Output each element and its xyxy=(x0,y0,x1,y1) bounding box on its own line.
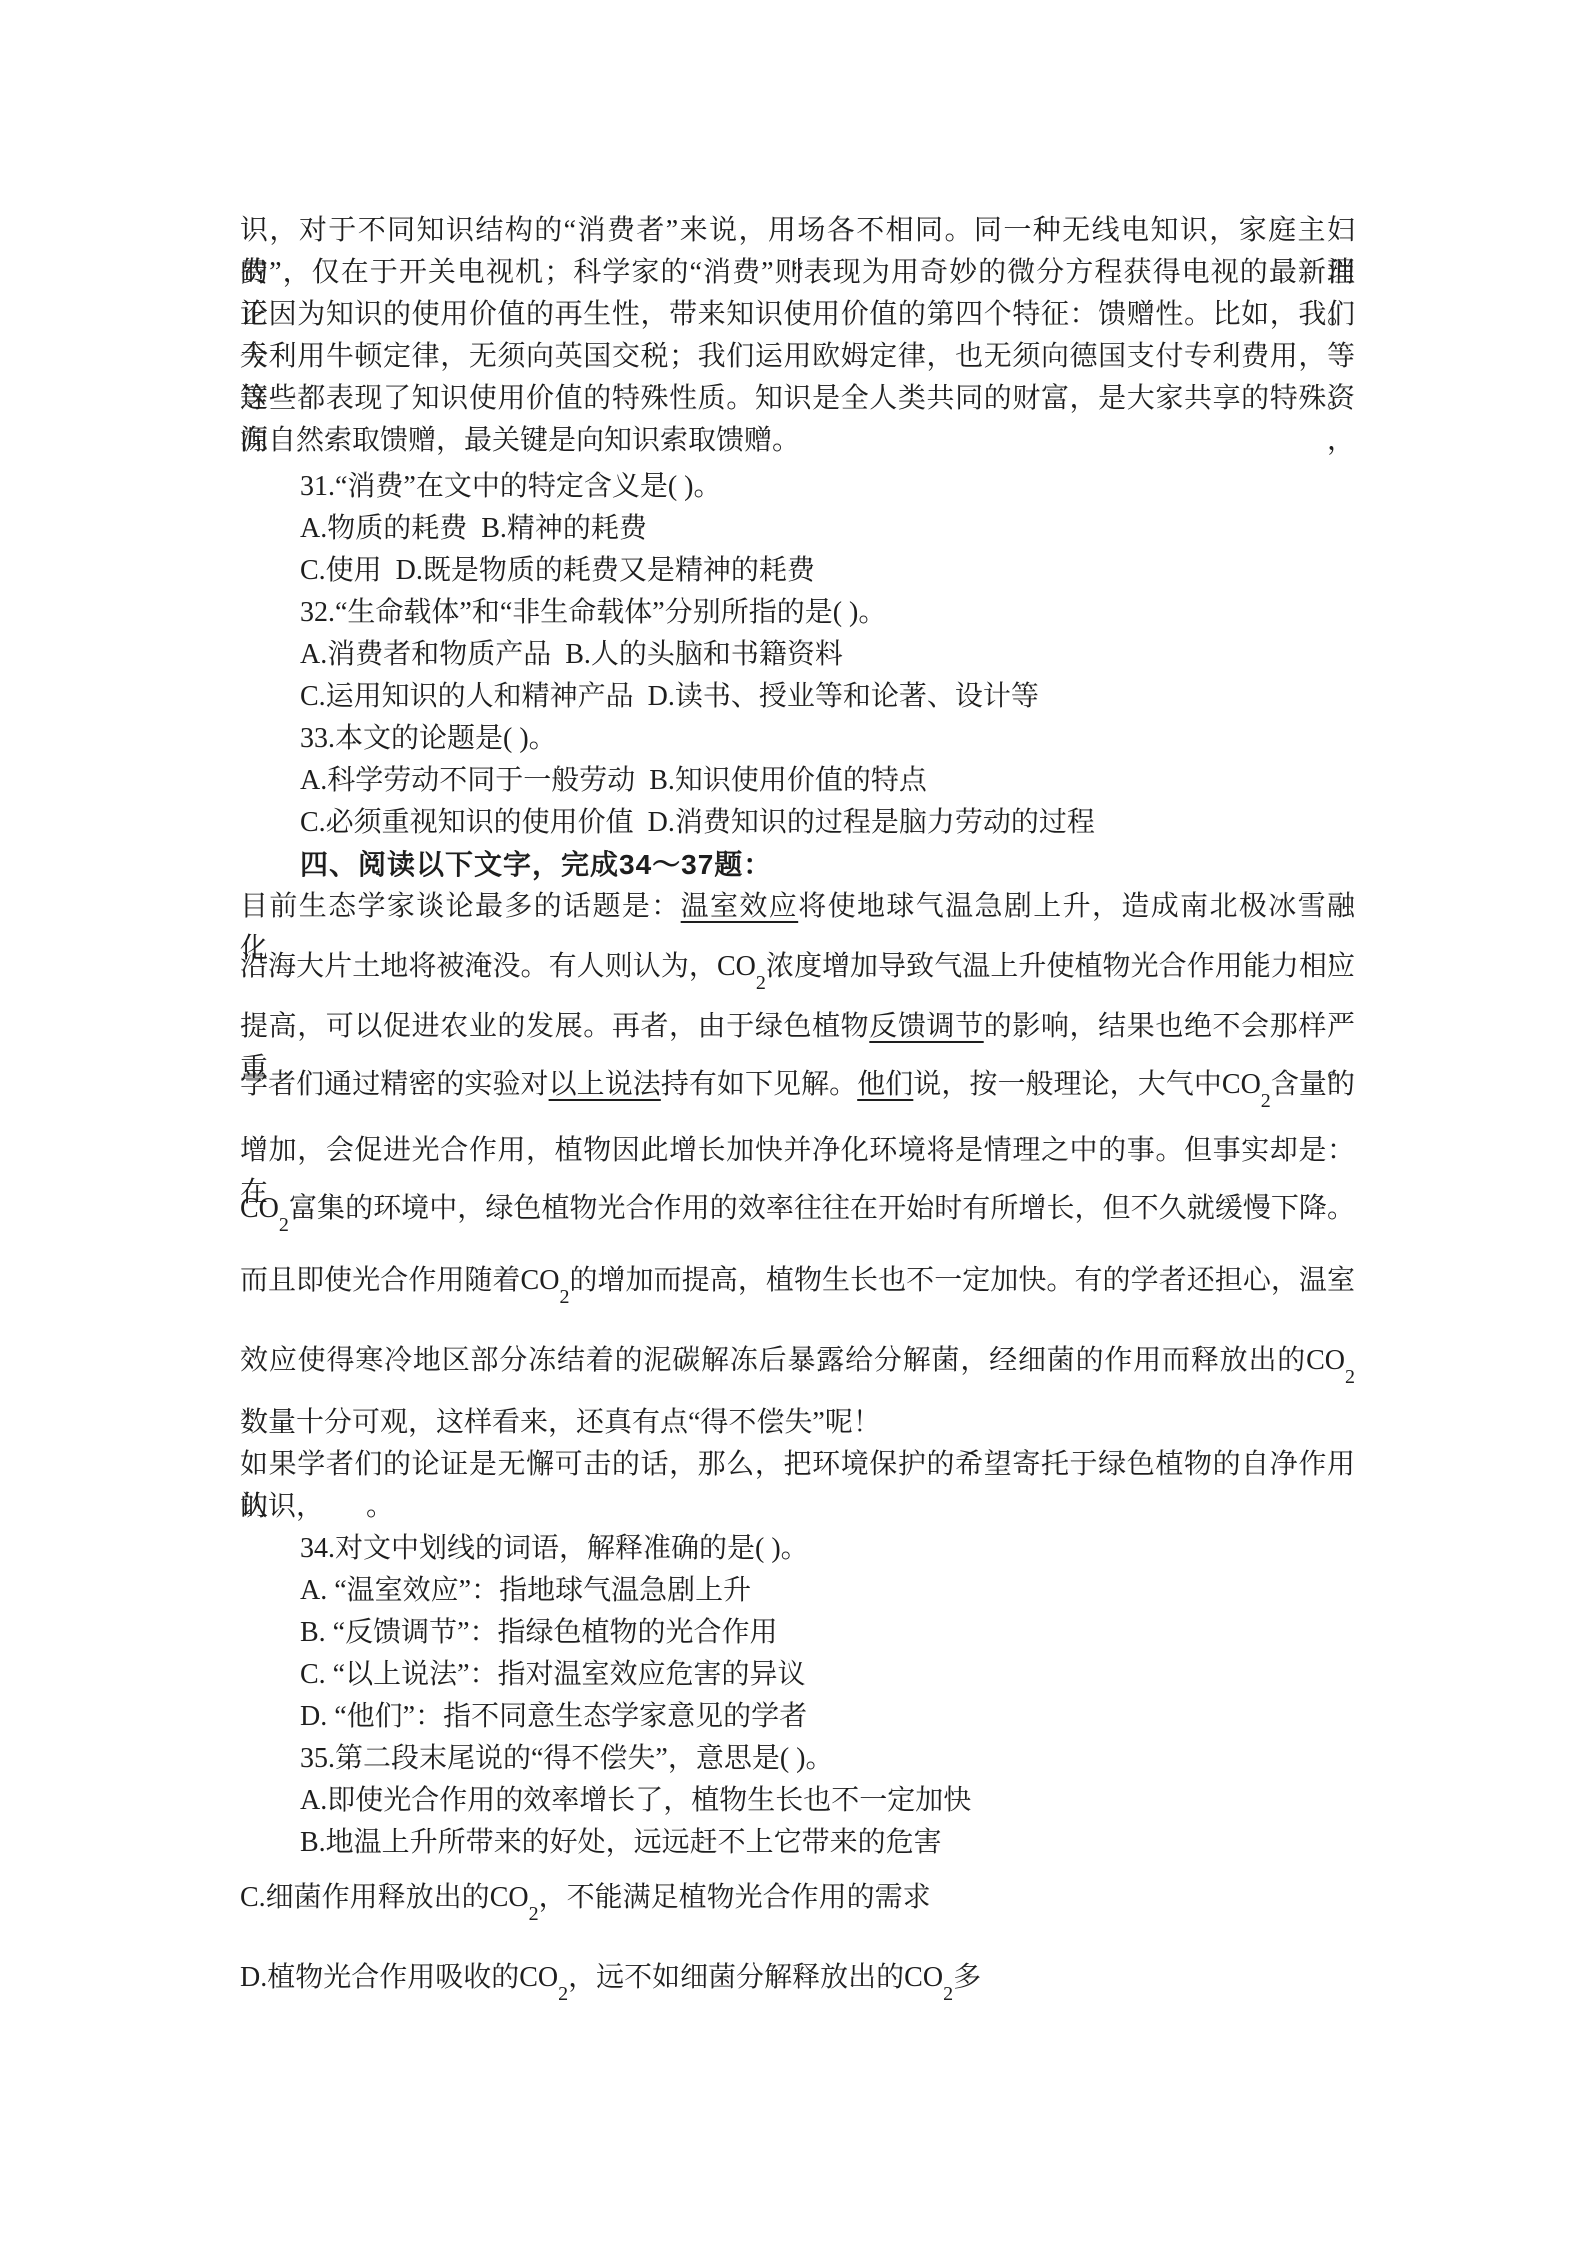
co2-symbol: CO xyxy=(717,951,756,982)
passage-line: 沿海大片土地将被淹没。有人则认为，CO2浓度增加导致气温上升使植物光合作用能力相… xyxy=(240,946,1355,988)
passage-text: 的增加而提高，植物生长也不一定加快。有的学者还担心，温室 xyxy=(569,1265,1355,1296)
option-text: 多 xyxy=(953,1962,981,1993)
question-34-stem: 34.对文中划线的词语，解释准确的是( )。 xyxy=(240,1528,1355,1570)
passage-text: 而且即使光合作用随着 xyxy=(240,1265,521,1296)
question-34-option-d: D. “他们”：指不同意生态学家意见的学者 xyxy=(240,1696,1355,1738)
passage-text: 含量的 xyxy=(1271,1069,1355,1100)
question-31-options-ab: A.物质的耗费 B.精神的耗费 xyxy=(240,508,1355,550)
co2-symbol: CO xyxy=(240,1193,279,1224)
paragraph-line: 费”，仅在于开关电视机；科学家的“消费”则表现为用奇妙的微分方程获得电视的最新理… xyxy=(240,252,1355,294)
co2-formula: CO2 xyxy=(1306,1345,1355,1376)
passage-line: 学者们通过精密的实验对以上说法持有如下见解。他们说，按一般理论，大气中CO2含量… xyxy=(240,1064,1355,1106)
option-text: ，远不如细菌分解释放出的 xyxy=(568,1962,904,1993)
co2-formula: CO2 xyxy=(904,1962,953,1993)
underlined-term: 温室效应 xyxy=(681,891,799,922)
passage-text: 数量十分可观，这样看来，还真有点“得不偿失”呢！ xyxy=(240,1407,881,1438)
question-33-options-cd: C.必须重视知识的使用价值 D.消费知识的过程是脑力劳动的过程 xyxy=(240,802,1355,844)
section-four-heading: 四、阅读以下文字，完成34～37题： xyxy=(240,844,1355,886)
passage-line: 而且即使光合作用随着CO2的增加而提高，植物生长也不一定加快。有的学者还担心，温… xyxy=(240,1260,1355,1302)
passage-text: 目前生态学家谈论最多的话题是： xyxy=(240,891,681,922)
passage-line: 增加，会促进光合作用，植物因此增长加快并净化环境将是情理之中的事。但事实却是：在 xyxy=(240,1130,1355,1172)
co2-symbol: CO xyxy=(519,1962,558,1993)
passage-line: 数量十分可观，这样看来，还真有点“得不偿失”呢！ xyxy=(240,1402,1355,1444)
subscript-2: 2 xyxy=(529,1903,539,1925)
co2-symbol: CO xyxy=(904,1962,943,1993)
paragraph-line: 这些都表现了知识使用价值的特殊性质。知识是全人类共同的财富，是大家共享的特殊资源… xyxy=(240,378,1355,420)
option-text: C.细菌作用释放出的 xyxy=(240,1882,490,1913)
subscript-2: 2 xyxy=(558,1983,568,2005)
passage-line: CO2富集的环境中，绿色植物光合作用的效率往往在开始时有所增长，但不久就缓慢下降… xyxy=(240,1188,1355,1230)
question-32-stem: 32.“生命载体”和“非生命载体”分别所指的是( )。 xyxy=(240,592,1355,634)
option-text: ，不能满足植物光合作用的需求 xyxy=(539,1882,931,1913)
underlined-term: 他们 xyxy=(857,1069,913,1100)
passage-text: 学者们通过精密的实验对 xyxy=(240,1069,549,1100)
document-page: 识，对于不同知识结构的“消费者”来说，用场各不相同。同一种无线电知识，家庭主妇的… xyxy=(0,0,1594,2252)
passage-text: 说，按一般理论，大气中 xyxy=(913,1069,1222,1100)
subscript-2: 2 xyxy=(1345,1366,1355,1388)
passage-text: 认识， 。 xyxy=(240,1491,394,1522)
co2-formula: CO2 xyxy=(521,1265,570,1296)
subscript-2: 2 xyxy=(1261,1090,1271,1112)
passage-text: 提高，可以促进农业的发展。再者，由于绿色植物 xyxy=(240,1011,869,1042)
co2-formula: CO2 xyxy=(490,1882,539,1913)
question-35-option-c: C.细菌作用释放出的CO2，不能满足植物光合作用的需求 xyxy=(240,1877,1355,1919)
passage-text: 效应使得寒冷地区部分冻结着的泥碳解冻后暴露给分解菌，经细菌的作用而释放出的 xyxy=(240,1345,1306,1376)
co2-symbol: CO xyxy=(1306,1345,1345,1376)
subscript-2: 2 xyxy=(756,972,766,994)
question-32-options-ab: A.消费者和物质产品 B.人的头脑和书籍资料 xyxy=(240,634,1355,676)
subscript-2: 2 xyxy=(559,1286,569,1308)
co2-symbol: CO xyxy=(1222,1069,1261,1100)
co2-symbol: CO xyxy=(521,1265,560,1296)
passage-text: 富集的环境中，绿色植物光合作用的效率往往在开始时有所增长，但不久就缓慢下降。 xyxy=(289,1193,1355,1224)
question-34-option-c: C. “以上说法”：指对温室效应危害的异议 xyxy=(240,1654,1355,1696)
paragraph-line: 天利用牛顿定律，无须向英国交税；我们运用欧姆定律，也无须向德国支付专利费用，等等… xyxy=(240,336,1355,378)
question-33-options-ab: A.科学劳动不同于一般劳动 B.知识使用价值的特点 xyxy=(240,760,1355,802)
co2-formula: CO2 xyxy=(1222,1069,1271,1100)
passage-line: 效应使得寒冷地区部分冻结着的泥碳解冻后暴露给分解菌，经细菌的作用而释放出的CO2 xyxy=(240,1340,1355,1382)
underlined-term: 反馈调节 xyxy=(869,1011,983,1042)
paragraph-line: 正因为知识的使用价值的再生性，带来知识使用价值的第四个特征：馈赠性。比如，我们今 xyxy=(240,294,1355,336)
co2-formula: CO2 xyxy=(717,951,766,982)
subscript-2: 2 xyxy=(943,1983,953,2005)
paragraph-line: 识，对于不同知识结构的“消费者”来说，用场各不相同。同一种无线电知识，家庭主妇的… xyxy=(240,210,1355,252)
co2-formula: CO2 xyxy=(519,1962,568,1993)
subscript-2: 2 xyxy=(279,1214,289,1236)
passage-line: 认识， 。 xyxy=(240,1486,1355,1528)
passage-text: 持有如下见解。 xyxy=(661,1069,857,1100)
co2-formula: CO2 xyxy=(240,1193,289,1224)
question-31-options-cd: C.使用 D.既是物质的耗费又是精神的耗费 xyxy=(240,550,1355,592)
question-34-option-b: B. “反馈调节”：指绿色植物的光合作用 xyxy=(240,1612,1355,1654)
question-35-option-b: B.地温上升所带来的好处，远远赶不上它带来的危害 xyxy=(240,1822,1355,1864)
question-32-options-cd: C.运用知识的人和精神产品 D.读书、授业等和论著、设计等 xyxy=(240,676,1355,718)
underlined-term: 以上说法 xyxy=(549,1069,661,1100)
question-31-stem: 31.“消费”在文中的特定含义是( )。 xyxy=(240,466,1355,508)
question-34-option-a: A. “温室效应”：指地球气温急剧上升 xyxy=(240,1570,1355,1612)
co2-symbol: CO xyxy=(490,1882,529,1913)
question-35-option-a: A.即使光合作用的效率增长了，植物生长也不一定加快 xyxy=(240,1780,1355,1822)
passage-line: 目前生态学家谈论最多的话题是：温室效应将使地球气温急剧上升，造成南北极冰雪融化， xyxy=(240,886,1355,928)
passage-line: 如果学者们的论证是无懈可击的话，那么，把环境保护的希望寄托于绿色植物的自净作用的 xyxy=(240,1444,1355,1486)
passage-text: 浓度增加导致气温上升使植物光合作用能力相应 xyxy=(766,951,1355,982)
question-35-stem: 35.第二段末尾说的“得不偿失”，意思是( )。 xyxy=(240,1738,1355,1780)
passage-text: 沿海大片土地将被淹没。有人则认为， xyxy=(240,951,717,982)
passage-line: 提高，可以促进农业的发展。再者，由于绿色植物反馈调节的影响，结果也绝不会那样严重… xyxy=(240,1006,1355,1048)
question-33-stem: 33.本文的论题是( )。 xyxy=(240,718,1355,760)
option-text: D.植物光合作用吸收的 xyxy=(240,1962,519,1993)
question-35-option-d: D.植物光合作用吸收的CO2，远不如细菌分解释放出的CO2多 xyxy=(240,1957,1355,1999)
